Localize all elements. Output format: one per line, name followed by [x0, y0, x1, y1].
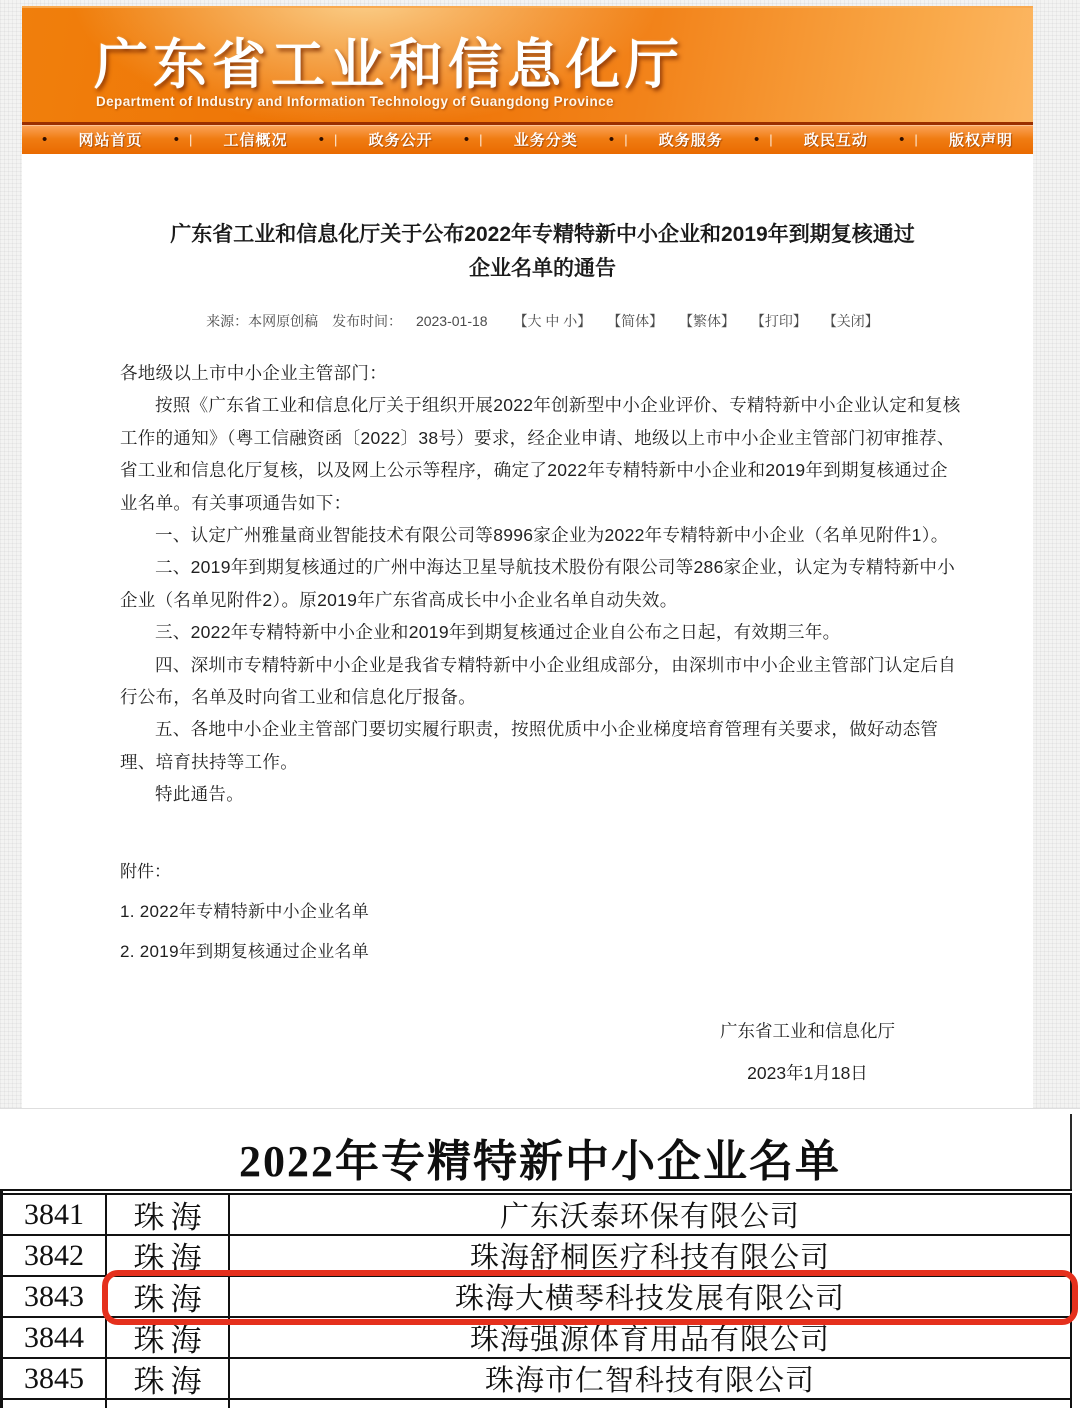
nav-separator: •| — [319, 131, 338, 149]
nav-item-business[interactable]: 业务分类 — [514, 129, 578, 150]
nav-item-services[interactable]: 政务服务 — [659, 129, 723, 150]
paragraph-item1: 一、认定广州雅量商业智能技术有限公司等8996家企业为2022年专精特新中小企业… — [120, 519, 965, 551]
table-row-highlighted: 3843 珠海 珠海大横琴科技发展有限公司 — [3, 1277, 1072, 1318]
nav-item-home[interactable]: 网站首页 — [78, 129, 142, 150]
cell-number: 3843 — [3, 1277, 107, 1316]
table-row: 3842 珠海 珠海舒桐医疗科技有限公司 — [3, 1236, 1072, 1277]
meta-publish-label: 发布时间： — [332, 313, 402, 329]
cell-city: 珠海 — [107, 1236, 230, 1275]
nav-item-overview[interactable]: 工信概况 — [224, 129, 288, 150]
pipe-divider: | — [914, 132, 917, 147]
meta-source: 来源：本网原创稿 — [206, 313, 318, 329]
enterprise-list-section: 2022年专精特新中小企业名单 3841 珠海 广东沃泰环保有限公司 3842 … — [0, 1108, 1080, 1408]
pipe-divider: | — [479, 132, 482, 147]
nav-separator: •| — [174, 131, 193, 149]
signature-org: 广东省工业和信息化厅 — [720, 1018, 895, 1043]
attachment-item-1: 1. 2022年专精特新中小企业名单 — [120, 897, 965, 922]
simplified-button[interactable]: 【简体】 — [607, 313, 663, 329]
table-row: 3844 珠海 珠海强源体育用品有限公司 — [3, 1318, 1072, 1359]
cell-company — [230, 1400, 1072, 1408]
cell-number: 3844 — [3, 1318, 107, 1357]
list-title: 2022年专精特新中小企业名单 — [0, 1109, 1080, 1189]
page: { "colors": { "accent_orange": "#ee7204"… — [0, 0, 1080, 1408]
paragraph-intro: 按照《广东省工业和信息化厅关于组织开展2022年创新型中小企业评价、专精特新中小… — [120, 389, 965, 519]
nav-item-copyright[interactable]: 版权声明 — [949, 129, 1013, 150]
cell-company: 珠海市仁智科技有限公司 — [230, 1359, 1072, 1398]
cell-number: 3845 — [3, 1359, 107, 1398]
site-wrap: 广东省工业和信息化厅 Department of Industry and In… — [22, 0, 1033, 1108]
paragraph-item3: 三、2022年专精特新中小企业和2019年到期复核通过企业自公布之日起，有效期三… — [120, 616, 965, 648]
bullet-icon: • — [899, 131, 904, 148]
cell-number: 3841 — [3, 1195, 107, 1234]
main-nav: • 网站首页 •| 工信概况 •| 政务公开 •| 业务分类 •| 政务服务 •… — [22, 125, 1033, 154]
paragraph-item4: 四、深圳市专精特新中小企业是我省专精特新中小企业组成部分，由深圳市中小企业主管部… — [120, 649, 965, 714]
cell-city: 珠海 — [107, 1318, 230, 1357]
cell-city: 珠海 — [107, 1359, 230, 1398]
cell-city — [107, 1400, 230, 1408]
font-size-control[interactable]: 【大 中 小】 — [513, 313, 591, 329]
pipe-divider: | — [624, 132, 627, 147]
article-meta: 来源：本网原创稿 发布时间： 2023-01-18 【大 中 小】 【简体】 【… — [120, 311, 965, 331]
traditional-button[interactable]: 【繁体】 — [679, 313, 735, 329]
bullet-icon: • — [464, 131, 469, 148]
close-button[interactable]: 【关闭】 — [823, 313, 879, 329]
table-row: 3841 珠海 广东沃泰环保有限公司 — [3, 1195, 1072, 1236]
site-subtitle-english: Department of Industry and Information T… — [96, 94, 614, 109]
nav-separator: •| — [464, 131, 483, 149]
article-title-line2: 企业名单的通告 — [90, 252, 995, 286]
article-title: 广东省工业和信息化厅关于公布2022年专精特新中小企业和2019年到期复核通过 … — [90, 218, 995, 286]
cell-city: 珠海 — [107, 1195, 230, 1234]
article-content: 广东省工业和信息化厅关于公布2022年专精特新中小企业和2019年到期复核通过 … — [22, 154, 1033, 1108]
cell-number — [3, 1400, 107, 1408]
pipe-divider: | — [189, 132, 192, 147]
nav-item-interaction[interactable]: 政民互动 — [804, 129, 868, 150]
bullet-icon: • — [319, 131, 324, 148]
cell-company: 珠海舒桐医疗科技有限公司 — [230, 1236, 1072, 1275]
nav-item-gov-open[interactable]: 政务公开 — [369, 129, 433, 150]
bullet-icon: • — [174, 131, 179, 148]
article-body: 各地级以上市中小企业主管部门： 按照《广东省工业和信息化厅关于组织开展2022年… — [120, 357, 965, 811]
cell-company: 珠海强源体育用品有限公司 — [230, 1318, 1072, 1357]
pipe-divider: | — [334, 132, 337, 147]
bullet-icon: • — [754, 131, 759, 148]
table-row-partial — [3, 1400, 1072, 1408]
attachments-label: 附件： — [120, 857, 965, 882]
table-row: 3845 珠海 珠海市仁智科技有限公司 — [3, 1359, 1072, 1400]
cell-number: 3842 — [3, 1236, 107, 1275]
paragraph-item2: 二、2019年到期复核通过的广州中海达卫星导航技术股份有限公司等286家企业，认… — [120, 551, 965, 616]
paragraph-item5: 五、各地中小企业主管部门要切实履行职责，按照优质中小企业梯度培育管理有关要求，做… — [120, 713, 965, 778]
paragraph-salutation: 各地级以上市中小企业主管部门： — [120, 357, 965, 389]
meta-publish-date: 2023-01-18 — [416, 313, 488, 329]
attachments-block: 附件： 1. 2022年专精特新中小企业名单 2. 2019年到期复核通过企业名… — [120, 857, 965, 962]
cell-company: 广东沃泰环保有限公司 — [230, 1195, 1072, 1234]
bullet-icon: • — [609, 131, 614, 148]
attachment-item-2: 2. 2019年到期复核通过企业名单 — [120, 937, 965, 962]
bullet-icon: • — [42, 131, 47, 148]
nav-separator: •| — [754, 131, 773, 149]
cell-city: 珠海 — [107, 1277, 230, 1316]
nav-separator: •| — [899, 131, 918, 149]
cell-company: 珠海大横琴科技发展有限公司 — [230, 1277, 1072, 1316]
signature-block: 广东省工业和信息化厅 2023年1月18日 — [720, 1018, 895, 1085]
site-banner: 广东省工业和信息化厅 Department of Industry and In… — [22, 6, 1033, 122]
pipe-divider: | — [769, 132, 772, 147]
article-title-line1: 广东省工业和信息化厅关于公布2022年专精特新中小企业和2019年到期复核通过 — [90, 218, 995, 252]
signature-date: 2023年1月18日 — [720, 1060, 895, 1085]
paragraph-closing: 特此通告。 — [120, 778, 965, 810]
nav-separator: •| — [609, 131, 628, 149]
site-title: 广东省工业和信息化厅 — [94, 22, 684, 99]
print-button[interactable]: 【打印】 — [751, 313, 807, 329]
enterprise-table: 3841 珠海 广东沃泰环保有限公司 3842 珠海 珠海舒桐医疗科技有限公司 … — [0, 1189, 1072, 1408]
